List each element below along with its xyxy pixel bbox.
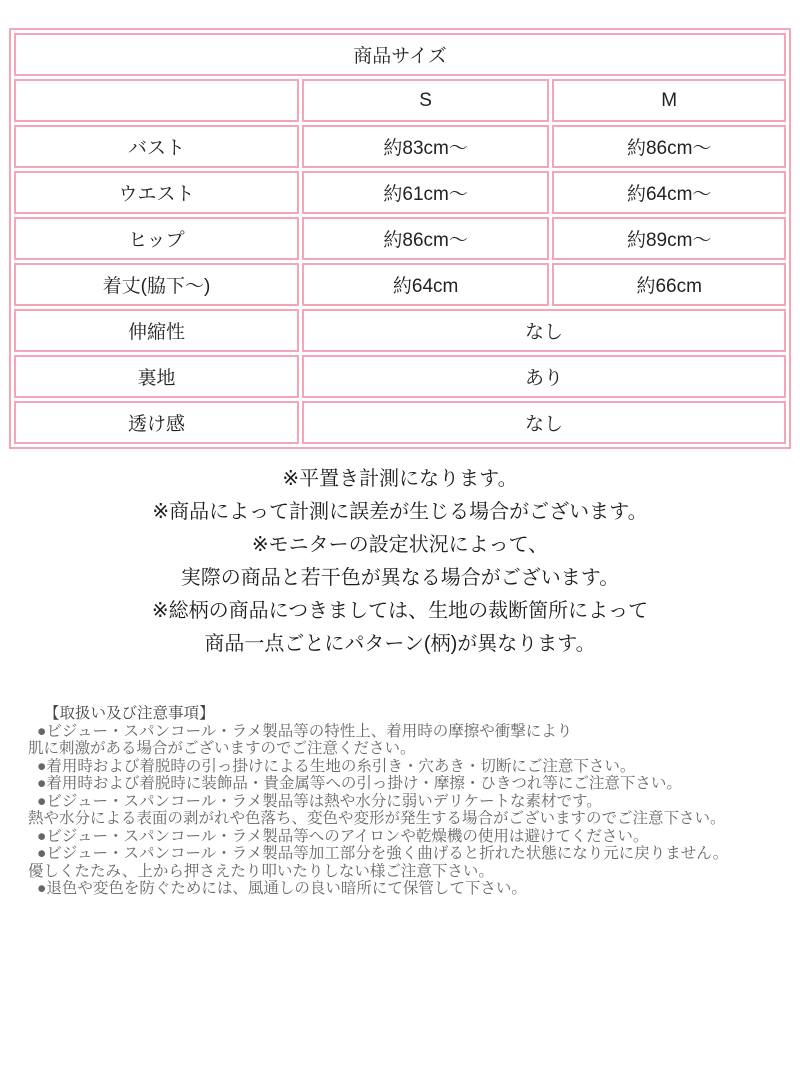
row-value-s: 約83cm〜 [302, 125, 549, 168]
handling-line: ●着用時および着脱時に装飾品・貴金属等への引っ掛け・摩擦・ひきつれ等にご注意下さ… [9, 775, 791, 793]
handling-line: ●ビジュー・スパンコール・ラメ製品等へのアイロンや乾燥機の使用は避けてください。 [9, 828, 791, 846]
handling-line: ●退色や変色を防ぐためには、風通しの良い暗所にて保管して下さい。 [9, 880, 791, 898]
size-header-row: S M [14, 79, 786, 122]
handling-line: ●着用時および着脱時の引っ掛けによる生地の糸引き・穴あき・切断にご注意下さい。 [9, 758, 791, 776]
size-header-s: S [302, 79, 549, 122]
row-value: なし [302, 309, 786, 352]
handling-heading: 【取扱い及び注意事項】 [9, 705, 791, 723]
row-label: 伸縮性 [14, 309, 299, 352]
row-value-m: 約89cm〜 [552, 217, 786, 260]
handling-line: 熱や水分による表面の剥がれや色落ち、変色や変形が発生する場合がございますのでご注… [9, 810, 791, 828]
note-line: ※平置き計測になります。 [9, 463, 791, 496]
product-size-table: 商品サイズ S M バスト 約83cm〜 約86cm〜 ウエスト 約61cm〜 … [9, 28, 791, 449]
row-value-m: 約64cm〜 [552, 171, 786, 214]
table-row-hip: ヒップ 約86cm〜 約89cm〜 [14, 217, 786, 260]
row-label: 透け感 [14, 401, 299, 444]
table-row-sheerness: 透け感 なし [14, 401, 786, 444]
note-line: 商品一点ごとにパターン(柄)が異なります。 [9, 628, 791, 661]
table-row-stretch: 伸縮性 なし [14, 309, 786, 352]
note-line: ※商品によって計測に誤差が生じる場合がございます。 [9, 496, 791, 529]
note-line: ※総柄の商品につきましては、生地の裁断箇所によって [9, 595, 791, 628]
row-value-s: 約86cm〜 [302, 217, 549, 260]
handling-line: ●ビジュー・スパンコール・ラメ製品等は熱や水分に弱いデリケートな素材です。 [9, 793, 791, 811]
handling-precautions-section: 【取扱い及び注意事項】 ●ビジュー・スパンコール・ラメ製品等の特性上、着用時の摩… [9, 705, 791, 898]
table-row-waist: ウエスト 約61cm〜 約64cm〜 [14, 171, 786, 214]
row-value-s: 約64cm [302, 263, 549, 306]
row-label: ヒップ [14, 217, 299, 260]
row-label: 裏地 [14, 355, 299, 398]
handling-line: ●ビジュー・スパンコール・ラメ製品等の特性上、着用時の摩擦や衝撃により [9, 723, 791, 741]
size-header-m: M [552, 79, 786, 122]
measurement-notes: ※平置き計測になります。 ※商品によって計測に誤差が生じる場合がございます。 ※… [9, 463, 791, 661]
note-line: ※モニターの設定状況によって、 [9, 529, 791, 562]
table-row-length: 着丈(脇下〜) 約64cm 約66cm [14, 263, 786, 306]
page: 商品サイズ S M バスト 約83cm〜 約86cm〜 ウエスト 約61cm〜 … [0, 0, 800, 898]
row-label: 着丈(脇下〜) [14, 263, 299, 306]
row-label: バスト [14, 125, 299, 168]
row-value-m: 約66cm [552, 263, 786, 306]
row-value: なし [302, 401, 786, 444]
size-header-empty [14, 79, 299, 122]
row-value-s: 約61cm〜 [302, 171, 549, 214]
table-row-bust: バスト 約83cm〜 約86cm〜 [14, 125, 786, 168]
table-title-row: 商品サイズ [14, 33, 786, 76]
note-line: 実際の商品と若干色が異なる場合がございます。 [9, 562, 791, 595]
table-title: 商品サイズ [14, 33, 786, 76]
handling-line: 肌に刺激がある場合がございますのでご注意ください。 [9, 740, 791, 758]
handling-line: 優しくたたみ、上から押さえたり叩いたりしない様ご注意下さい。 [9, 863, 791, 881]
row-value: あり [302, 355, 786, 398]
table-row-lining: 裏地 あり [14, 355, 786, 398]
handling-line: ●ビジュー・スパンコール・ラメ製品等加工部分を強く曲げると折れた状態になり元に戻… [9, 845, 791, 863]
row-label: ウエスト [14, 171, 299, 214]
row-value-m: 約86cm〜 [552, 125, 786, 168]
